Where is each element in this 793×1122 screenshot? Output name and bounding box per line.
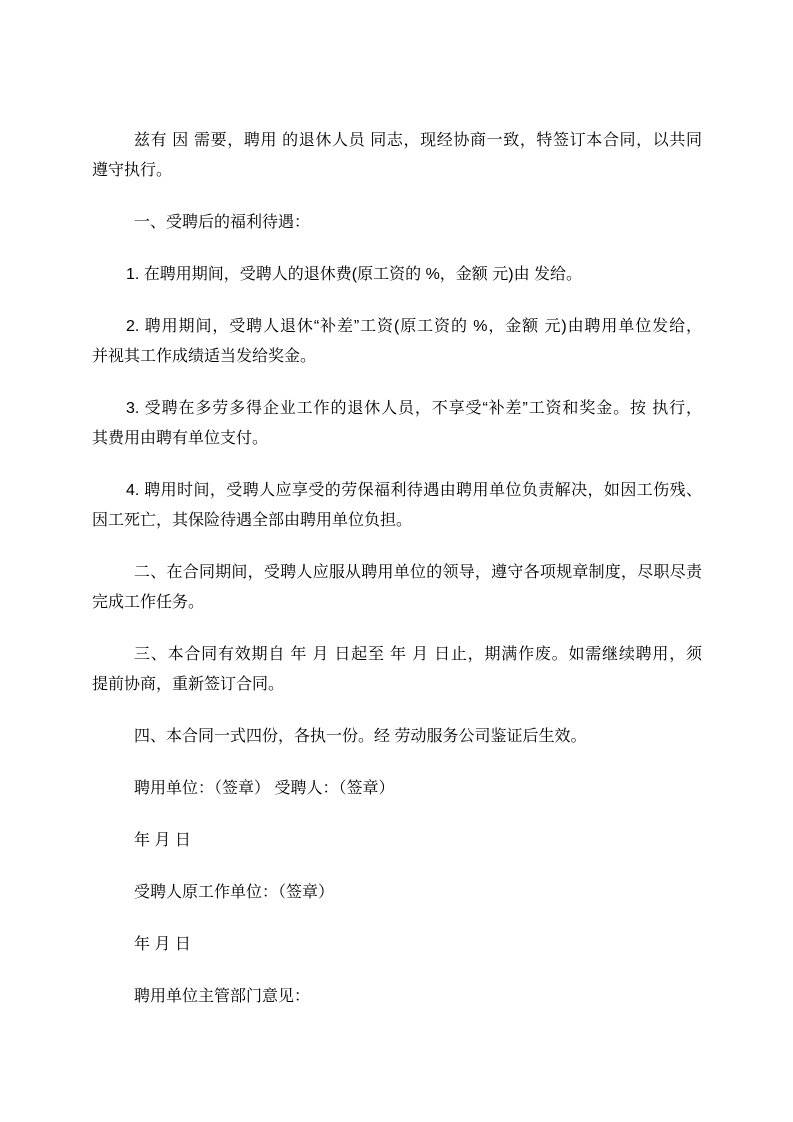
section-2-paragraph: 二、在合同期间，受聘人应服从聘用单位的领导，遵守各项规章制度，尽职尽责 完成工作… — [92, 558, 702, 618]
date-line-2: 年 月 日 — [92, 930, 702, 960]
clause-1-2-line-1: 2. 聘用期间，受聘人退休“补差”工资(原工资的 %，金额 元)由聘用单位发给， — [92, 312, 702, 342]
signature-employer-employee-text: 聘用单位：（签章） 受聘人：（签章） — [92, 774, 702, 804]
clause-1-2: 2. 聘用期间，受聘人退休“补差”工资(原工资的 %，金额 元)由聘用单位发给，… — [92, 312, 702, 372]
section-2-line-2: 完成工作任务。 — [92, 588, 702, 618]
signature-line-employer-employee: 聘用单位：（签章） 受聘人：（签章） — [92, 774, 702, 804]
section-4-line-1: 四、本合同一式四份，各执一份。经 劳动服务公司鉴证后生效。 — [92, 722, 702, 752]
intro-line-1: 兹有 因 需要，聘用 的退休人员 同志，现经协商一致，特签订本合同，以共同 — [92, 126, 702, 156]
date-line-1: 年 月 日 — [92, 826, 702, 856]
section-1-heading-text: 一、受聘后的福利待遇： — [92, 208, 702, 238]
clause-1-1-line-1: 1. 在聘用期间，受聘人的退休费(原工资的 %，金额 元)由 发给。 — [92, 260, 702, 290]
intro-line-2: 遵守执行。 — [92, 156, 702, 186]
section-3-line-2: 提前协商，重新签订合同。 — [92, 670, 702, 700]
section-2-line-1: 二、在合同期间，受聘人应服从聘用单位的领导，遵守各项规章制度，尽职尽责 — [92, 558, 702, 588]
clause-1-3-line-1: 3. 受聘在多劳多得企业工作的退休人员，不享受“补差”工资和奖金。按 执行， — [92, 394, 702, 424]
signature-original-employer-text: 受聘人原工作单位：（签章） — [92, 878, 702, 908]
date-line-1-text: 年 月 日 — [92, 826, 702, 856]
clause-1-2-line-2: 并视其工作成绩适当发给奖金。 — [92, 342, 702, 372]
signature-line-original-employer: 受聘人原工作单位：（签章） — [92, 878, 702, 908]
date-line-2-text: 年 月 日 — [92, 930, 702, 960]
section-3-line-1: 三、本合同有效期自 年 月 日起至 年 月 日止，期满作废。如需继续聘用，须 — [92, 640, 702, 670]
clause-1-4: 4. 聘用时间，受聘人应享受的劳保福利待遇由聘用单位负责解决，如因工伤残、 因工… — [92, 476, 702, 536]
section-4-paragraph: 四、本合同一式四份，各执一份。经 劳动服务公司鉴证后生效。 — [92, 722, 702, 752]
clause-1-3-line-2: 其费用由聘有单位支付。 — [92, 424, 702, 454]
clause-1-3: 3. 受聘在多劳多得企业工作的退休人员，不享受“补差”工资和奖金。按 执行， 其… — [92, 394, 702, 454]
supervisor-opinion-text: 聘用单位主管部门意见： — [92, 982, 702, 1012]
section-3-paragraph: 三、本合同有效期自 年 月 日起至 年 月 日止，期满作废。如需继续聘用，须 提… — [92, 640, 702, 700]
intro-paragraph: 兹有 因 需要，聘用 的退休人员 同志，现经协商一致，特签订本合同，以共同 遵守… — [92, 126, 702, 186]
supervisor-opinion-label: 聘用单位主管部门意见： — [92, 982, 702, 1012]
contract-document-page: 兹有 因 需要，聘用 的退休人员 同志，现经协商一致，特签订本合同，以共同 遵守… — [0, 0, 793, 1122]
clause-1-4-line-2: 因工死亡，其保险待遇全部由聘用单位负担。 — [92, 506, 702, 536]
clause-1-4-line-1: 4. 聘用时间，受聘人应享受的劳保福利待遇由聘用单位负责解决，如因工伤残、 — [92, 476, 702, 506]
section-1-heading: 一、受聘后的福利待遇： — [92, 208, 702, 238]
clause-1-1: 1. 在聘用期间，受聘人的退休费(原工资的 %，金额 元)由 发给。 — [92, 260, 702, 290]
